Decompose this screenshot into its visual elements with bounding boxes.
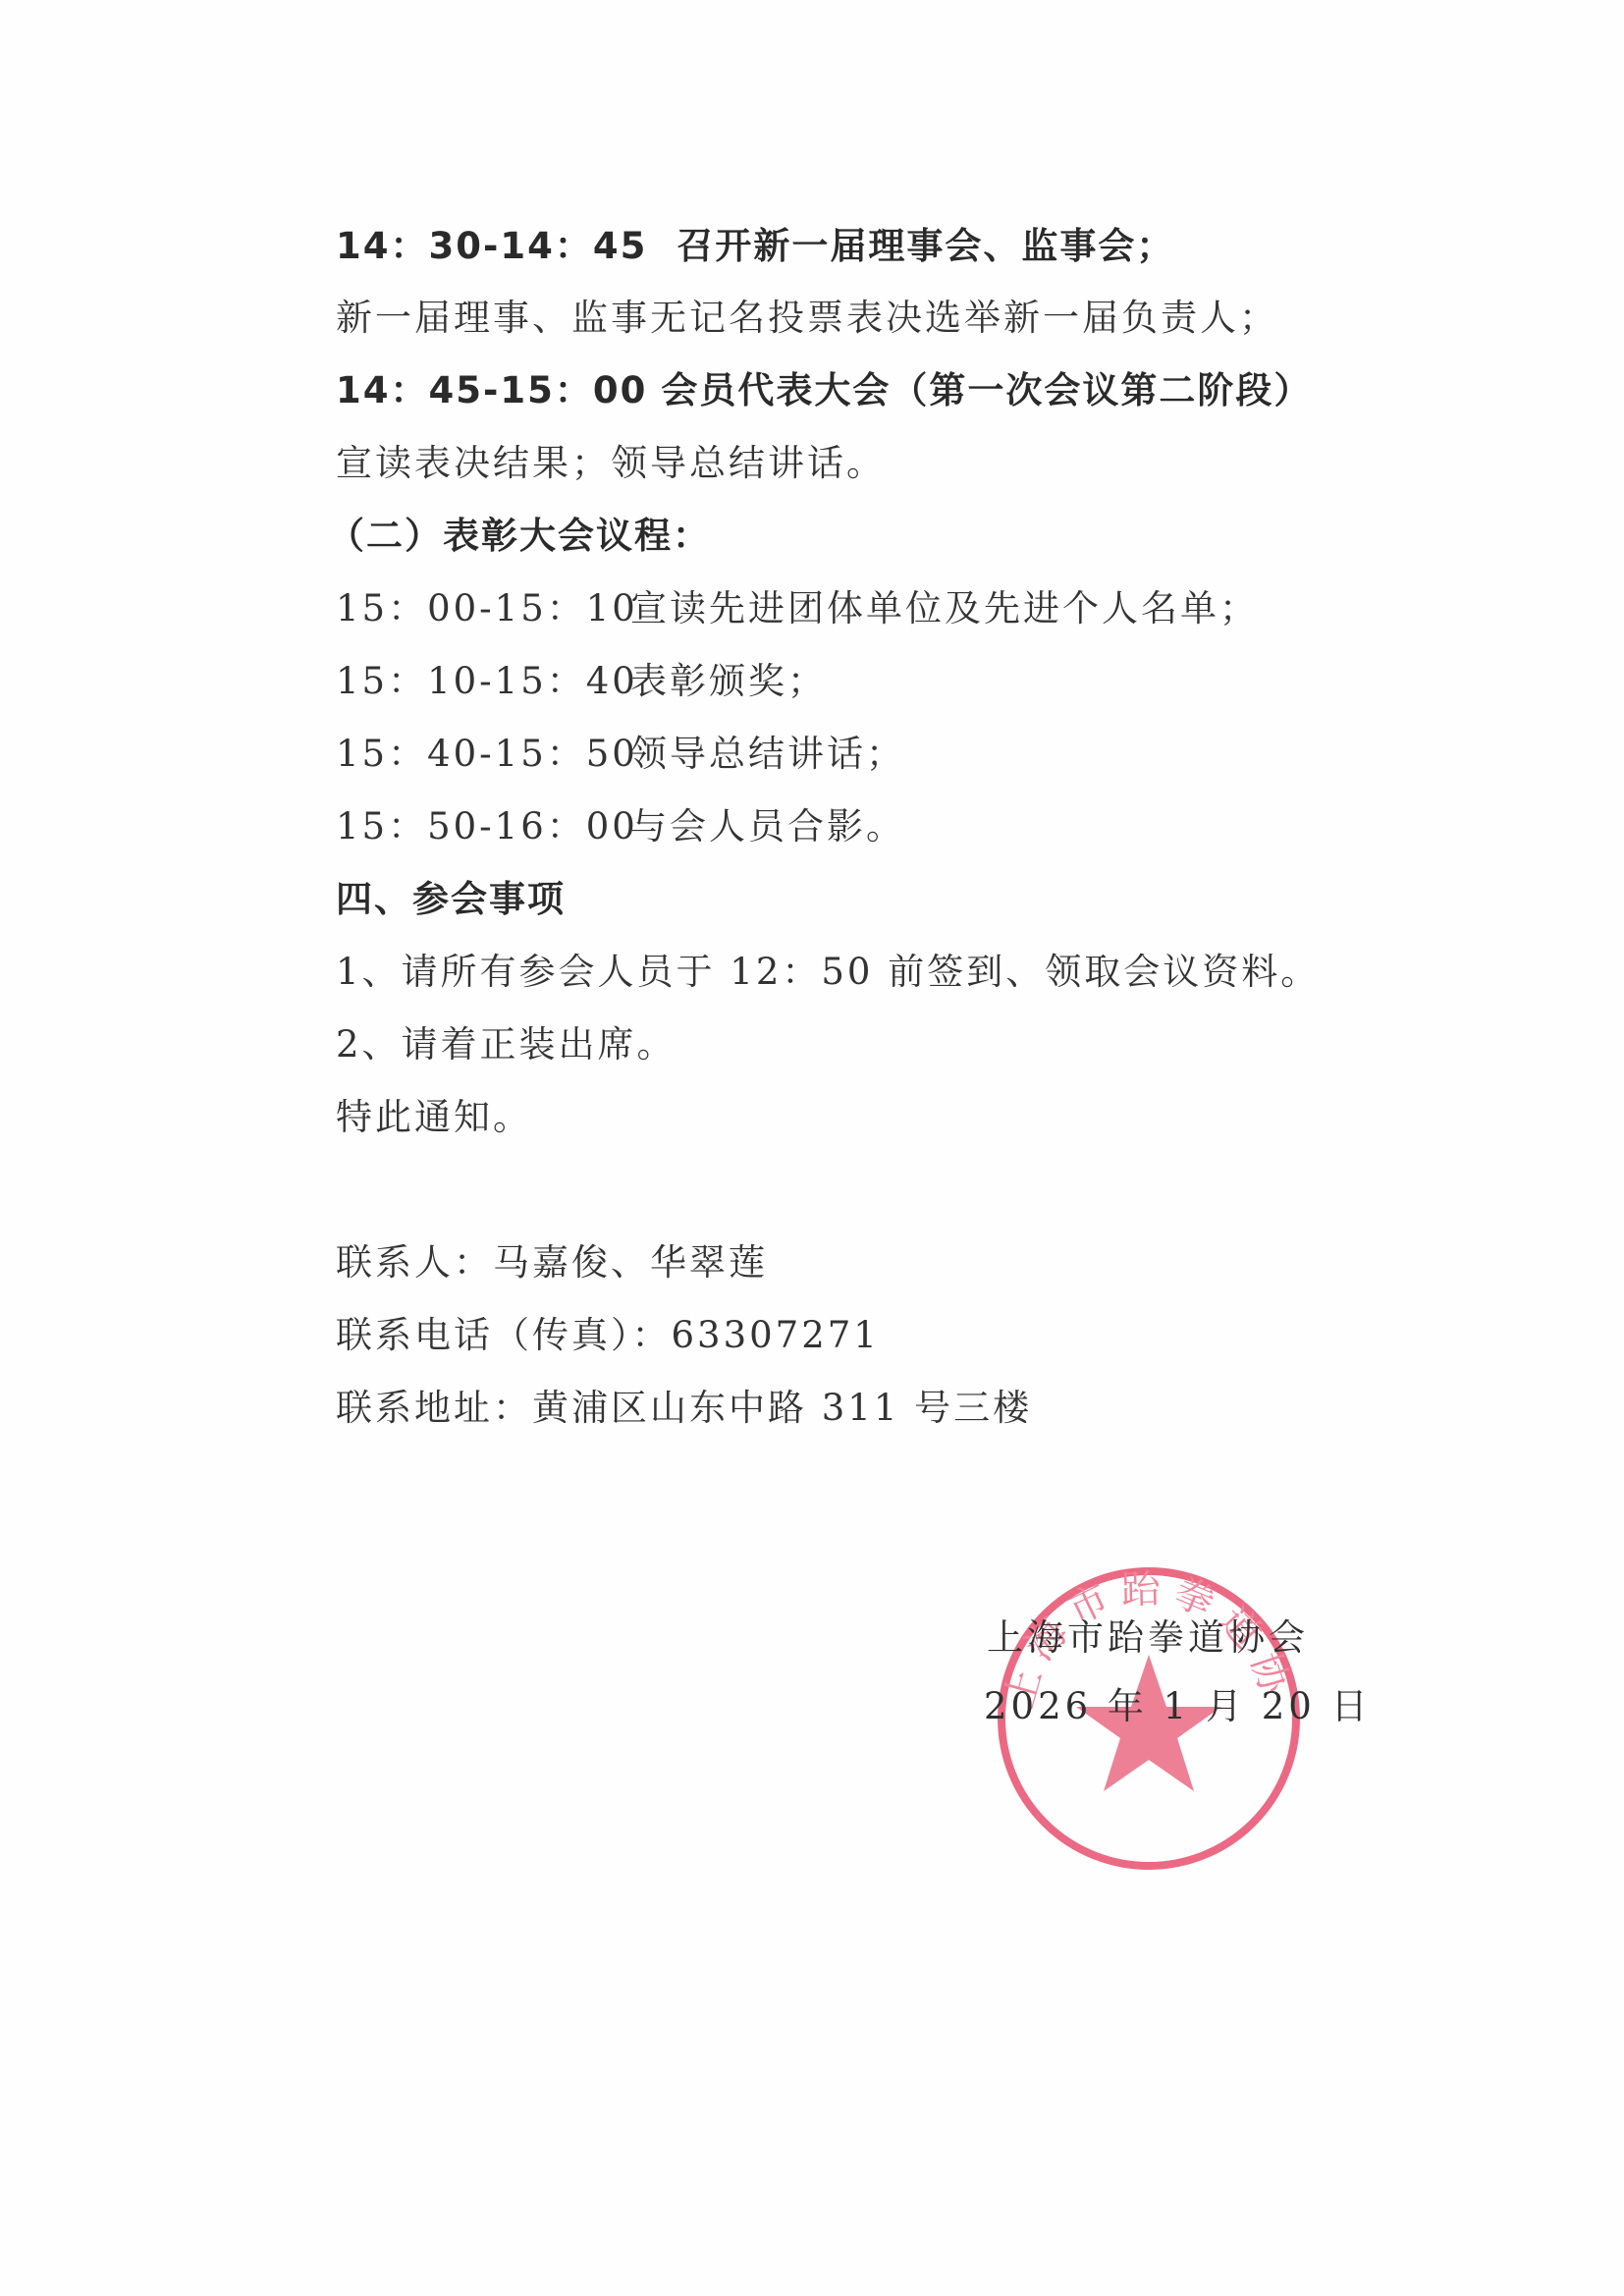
notes-section-heading: 四、参会事项: [336, 876, 566, 923]
signature-organization: 上海市跆拳道协会: [987, 1614, 1309, 1662]
document-page: 14：30-14：45召开新一届理事会、监事会； 新一届理事、监事无记名投票表决…: [0, 0, 1624, 2296]
agenda-time: 15：40-15：50: [336, 731, 630, 778]
agenda-text: 新一届理事、监事无记名投票表决选举新一届负责人；: [336, 297, 1278, 339]
closing-text: 特此通知。: [336, 1094, 532, 1141]
award-section-heading: （二）表彰大会议程：: [328, 513, 711, 560]
agenda-text: 会员代表大会（第一次会议第二阶段）: [661, 369, 1312, 411]
award-agenda-item: 15：40-15：50领导总结讲话；: [336, 731, 905, 778]
agenda-time: 15：50-16：00: [336, 803, 630, 850]
agenda-time: 14：30-14：45: [336, 223, 647, 270]
agenda-line-council-meeting: 14：30-14：45召开新一届理事会、监事会；: [336, 223, 1174, 270]
agenda-text: 宣读表决结果；领导总结讲话。: [336, 442, 886, 484]
agenda-line-results: 宣读表决结果；领导总结讲话。: [336, 440, 886, 487]
agenda-time: 14：45-15：00: [336, 367, 647, 414]
agenda-line-member-congress: 14：45-15：00会员代表大会（第一次会议第二阶段）: [336, 367, 1312, 414]
contact-address: 联系地址：黄浦区山东中路 311 号三楼: [336, 1385, 1032, 1432]
agenda-text: 领导总结讲话；: [630, 733, 905, 775]
agenda-text: 与会人员合影。: [630, 805, 905, 847]
contact-person: 联系人：马嘉俊、华翠莲: [336, 1239, 768, 1286]
agenda-text: 召开新一届理事会、监事会；: [677, 225, 1174, 267]
award-agenda-item: 15：00-15：10宣读先进团体单位及先进个人名单；: [336, 585, 1259, 632]
agenda-time: 15：10-15：40: [336, 658, 630, 705]
note-item: 2、请着正装出席。: [336, 1021, 677, 1068]
agenda-time: 15：00-15：10: [336, 585, 630, 632]
agenda-text: 宣读先进团体单位及先进个人名单；: [630, 587, 1259, 629]
note-item: 1、请所有参会人员于 12：50 前签到、领取会议资料。: [336, 949, 1320, 996]
signature-date: 2026 年 1 月 20 日: [984, 1683, 1372, 1730]
agenda-line-vote: 新一届理事、监事无记名投票表决选举新一届负责人；: [336, 295, 1278, 342]
award-agenda-item: 15：10-15：40表彰颁奖；: [336, 658, 827, 705]
agenda-text: 表彰颁奖；: [630, 660, 827, 702]
award-agenda-item: 15：50-16：00与会人员合影。: [336, 803, 905, 850]
contact-phone: 联系电话（传真）：63307271: [336, 1312, 880, 1359]
